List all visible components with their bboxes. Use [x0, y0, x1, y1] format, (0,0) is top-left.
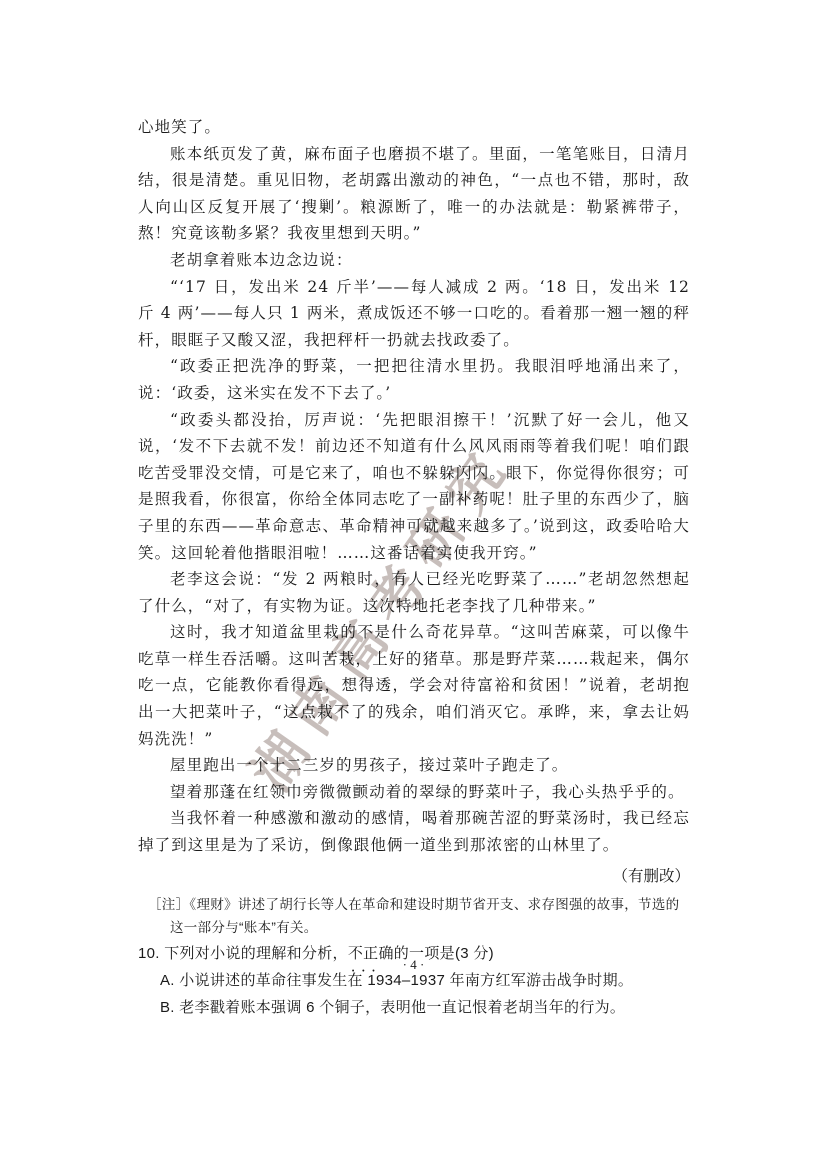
paragraph: 屋里跑出一个十二三岁的男孩子，接过菜叶子跑走了。	[138, 752, 690, 779]
paragraph: 望着那蓬在红领巾旁微微颤动着的翠绿的野菜叶子，我心头热乎乎的。	[138, 779, 690, 806]
passage-content: 心地笑了。 账本纸页发了黄，麻布面子也磨损不堪了。里面，一笔笔账目，日清月结，很…	[138, 114, 690, 1021]
exam-page: 湖南高考研究 心地笑了。 账本纸页发了黄，麻布面子也磨损不堪了。里面，一笔笔账目…	[0, 0, 827, 1170]
paragraph: “政委正把洗净的野菜，一把把往清水里扔。我眼泪呼地涌出来了，说：‘政委，这米实在…	[138, 353, 690, 406]
paragraph: 心地笑了。	[138, 114, 690, 141]
annotation: ［注］《理财》讲述了胡行长等人在革命和建设时期节省开支、求存图强的故事，节选的这…	[148, 893, 690, 939]
option-text: 老李戳着账本强调 6 个铜子，表明他一直记恨着老胡当年的行为。	[179, 999, 625, 1016]
paragraph: 当我怀着一种感激和激动的感情，喝着那碗苦涩的野菜汤时，我已经忘掉了到这里是为了采…	[138, 805, 690, 858]
option-label: A.	[160, 972, 175, 989]
paragraph: “‘17 日，发出米 24 斤半’——每人减成 2 两。‘18 日，发出米 12…	[138, 274, 690, 354]
paragraph: “政委头都没抬，厉声说：‘先把眼泪擦干！’沉默了好一会儿，他又说，‘发不下去就不…	[138, 407, 690, 567]
annotation-text: 《理财》讲述了胡行长等人在革命和建设时期节省开支、求存图强的故事，节选的这一部分…	[170, 897, 679, 935]
paragraph: 老李这会说：“发 2 两粮时，有人已经光吃野菜了……”老胡忽然想起了什么，“对了…	[138, 566, 690, 619]
paragraph: 老胡拿着账本边念边说：	[138, 247, 690, 274]
paragraph: 账本纸页发了黄，麻布面子也磨损不堪了。里面，一笔笔账目，日清月结，很是清楚。重见…	[138, 141, 690, 247]
option-text: 小说讲述的革命往事发生在 1934–1937 年南方红军游击战争时期。	[179, 972, 633, 989]
page-number: · 4 ·	[0, 957, 827, 973]
paragraph: 这时，我才知道盆里栽的不是什么奇花异草。“这叫苦麻菜，可以像牛吃草一样生吞活嚼。…	[138, 619, 690, 752]
option-label: B.	[160, 999, 175, 1016]
annotation-label: ［注］	[148, 897, 189, 912]
option-b[interactable]: B. 老李戳着账本强调 6 个铜子，表明他一直记恨着老胡当年的行为。	[160, 994, 690, 1021]
source-note: （有删改）	[138, 863, 690, 891]
